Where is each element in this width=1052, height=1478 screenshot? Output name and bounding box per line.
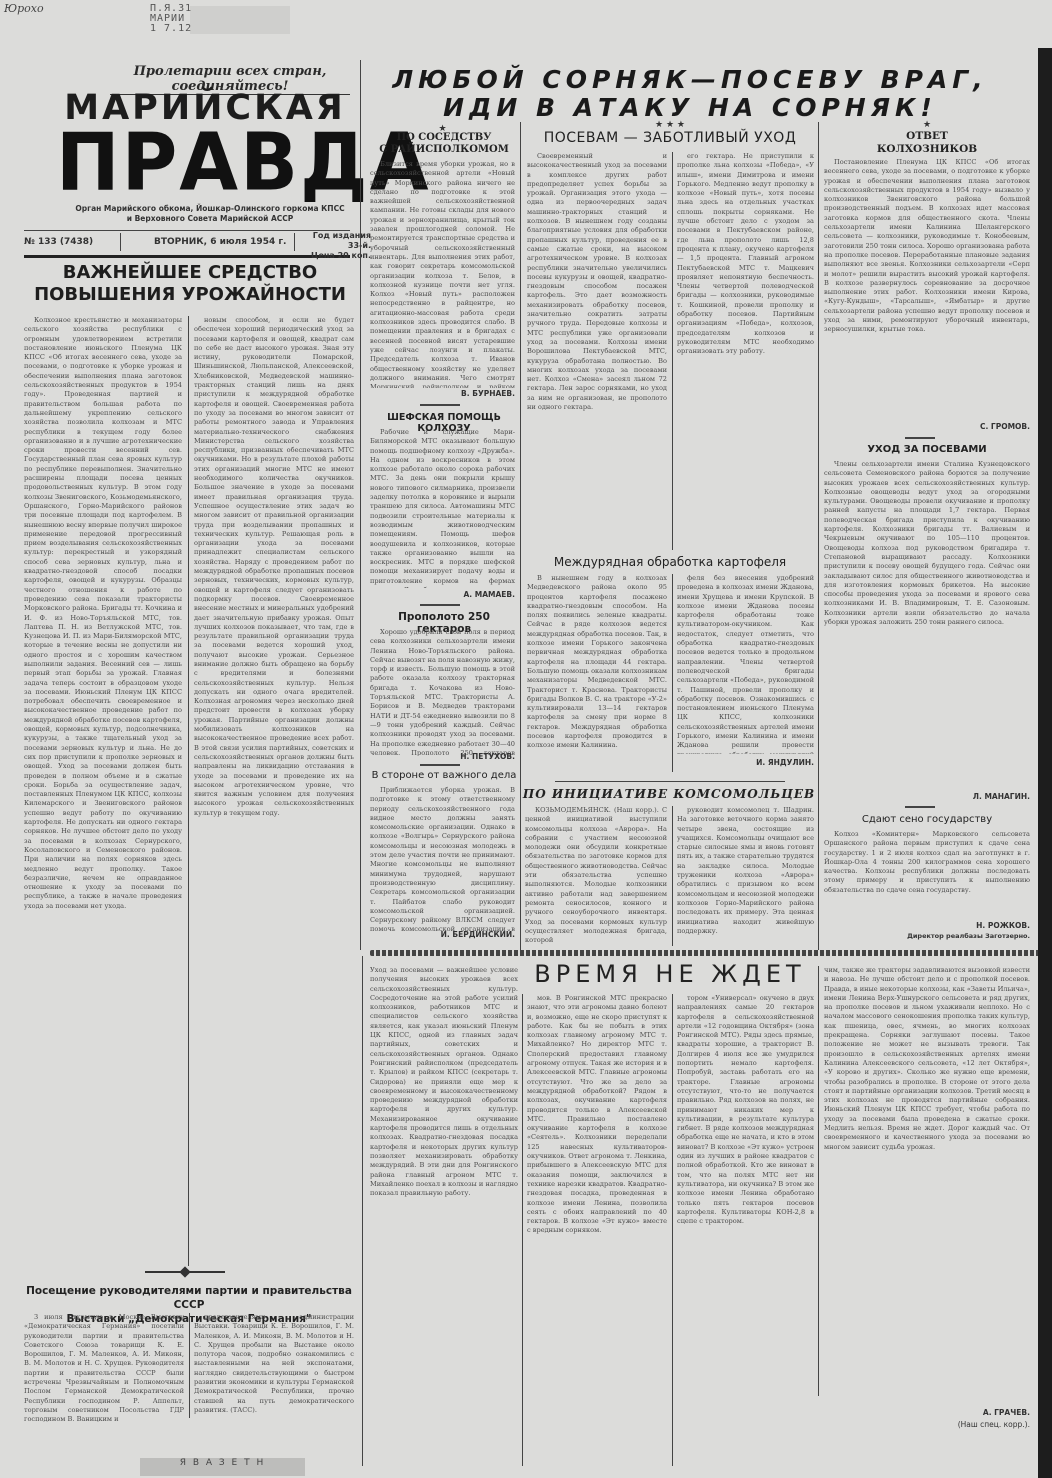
issue-bar: № 133 (7438) ВТОРНИК, 6 июля 1954 г. Год…: [24, 230, 350, 258]
issue-date: ВТОРНИК, 6 июля 1954 г.: [154, 237, 286, 247]
care-headline: ПОСЕВАМ — ЗАБОТЛИВЫЙ УХОД: [525, 130, 815, 146]
section-divider: [370, 950, 1052, 956]
neighborhood-body: Близится время уборки урожая, но в сельс…: [370, 160, 515, 388]
time-col-2: мов. В Ронгинской МТС прекрасно знают, ч…: [527, 994, 667, 1466]
patronage-signature: А. МАМАЕВ.: [370, 590, 515, 599]
issue-number: № 133 (7438): [24, 237, 93, 247]
cropcare-body: Члены сельхозартели имени Сталина Кузнец…: [824, 460, 1030, 775]
neighborhood-signature: В. БУРНАЕВ.: [370, 389, 515, 398]
editorial-headline: ВАЖНЕЙШЕЕ СРЕДСТВО ПОВЫШЕНИЯ УРОЖАЙНОСТИ: [20, 262, 360, 306]
weeded-signature: Н. ПЕТУХОВ.: [370, 752, 515, 761]
visit-col-2: представителями администрации Выставки. …: [194, 1313, 354, 1423]
care-col-1: Своевременный и высококачественный уход …: [527, 152, 667, 552]
potato-signature: И. ЯНДУЛИН.: [677, 758, 814, 767]
potato-col-1: В нынешнем году в колхозах Медведевского…: [527, 574, 667, 774]
banner-headline: ЛЮБОЙ СОРНЯК—ПОСЕВУ ВРАГ, ИДИ В АТАКУ НА…: [380, 66, 1000, 122]
hay-body: Колхоз «Коминтерн» Марковского сельсовет…: [824, 830, 1030, 920]
komsomol-col-1: КОЗЬМОДЕМЬЯНСК. (Наш корр.). С ценной ин…: [525, 806, 667, 946]
bottom-stamp: Я В А З Е Т Н: [140, 1458, 305, 1476]
time-headline: ВРЕМЯ НЕ ЖДЕТ: [520, 960, 820, 988]
masthead-organ: Орган Марийского обкома, Йошкар-Олинског…: [75, 204, 345, 224]
editorial-col-2: новым способом, и если не будет обеспече…: [194, 316, 354, 1266]
newspaper-page: Юрохо П.Я.31 МАРИИ 1 7.12 Пролетарии все…: [0, 0, 1052, 1478]
komsomol-col-2: руководит комсомолец т. Шадрин. На загот…: [677, 806, 814, 946]
cropcare-headline: УХОД ЗА ПОСЕВАМИ: [822, 444, 1032, 455]
decorative-stars: ★ ★ ★: [525, 120, 815, 130]
neighborhood-headline: ПО СОСЕДСТВУ С РАЙИСПОЛКОМОМ: [370, 132, 518, 156]
care-col-2: его гектара. Не приступили к прополке ль…: [677, 152, 814, 552]
time-col-3: тором «Универсал» окучено в двух направл…: [677, 994, 814, 1466]
hay-signature: Н. РОЖКОВ.: [824, 921, 1030, 930]
answer-signature: С. ГРОМОВ.: [824, 422, 1030, 431]
aside-signature: И. БЕРДИНСКИЙ.: [370, 930, 515, 939]
aside-body: Приближается уборка урожая. В подготовке…: [370, 786, 515, 932]
hay-headline: Сдают сено государству: [822, 814, 1032, 825]
stamp-shade: [190, 6, 290, 34]
library-stamp: П.Я.31 МАРИИ 1 7.12: [150, 4, 192, 34]
aside-headline: В стороне от важного дела: [370, 770, 518, 781]
time-col-5: чим, также же тракторы задавливаются выз…: [824, 966, 1030, 1386]
visit-col-1: 3 июля открытую в Москве Выставку «Демок…: [24, 1313, 184, 1423]
divider-ornament: [179, 1266, 190, 1277]
patronage-body: Рабочие и служащие Мари-Биляморской МТС …: [370, 428, 515, 588]
cropcare-signature: Л. МАНАГИН.: [824, 792, 1030, 801]
hay-signature-role: Директор реалбазы Заготзерно.: [824, 932, 1030, 940]
weeded-body: Хорошо удобрили свои поля в период сева …: [370, 628, 515, 756]
answer-headline: ОТВЕТ КОЛХОЗНИКОВ: [822, 130, 1032, 156]
handwritten-note: Юрохо: [4, 2, 44, 15]
page-edge-shadow: [1038, 48, 1052, 1478]
time-col-1: Уход за посевами — важнейшее условие пол…: [370, 966, 518, 1466]
potato-headline: Междурядная обработка картофеля: [525, 555, 815, 569]
editorial-col-1: Колхозное крестьянство и механизаторы се…: [24, 316, 182, 1266]
time-signature-role: (Наш спец. корр.).: [824, 1420, 1030, 1429]
masthead-title-bottom: ПРАВДА: [56, 120, 354, 204]
potato-col-2: феля без внесения удобрений проведена в …: [677, 574, 814, 754]
answer-body: Постановление Пленума ЦК КПСС «Об итогах…: [824, 158, 1030, 420]
time-signature: А. ГРАЧЕВ.: [824, 1408, 1030, 1417]
komsomol-headline: ПО ИНИЦИАТИВЕ КОМСОМОЛЬЦЕВ: [520, 787, 818, 801]
